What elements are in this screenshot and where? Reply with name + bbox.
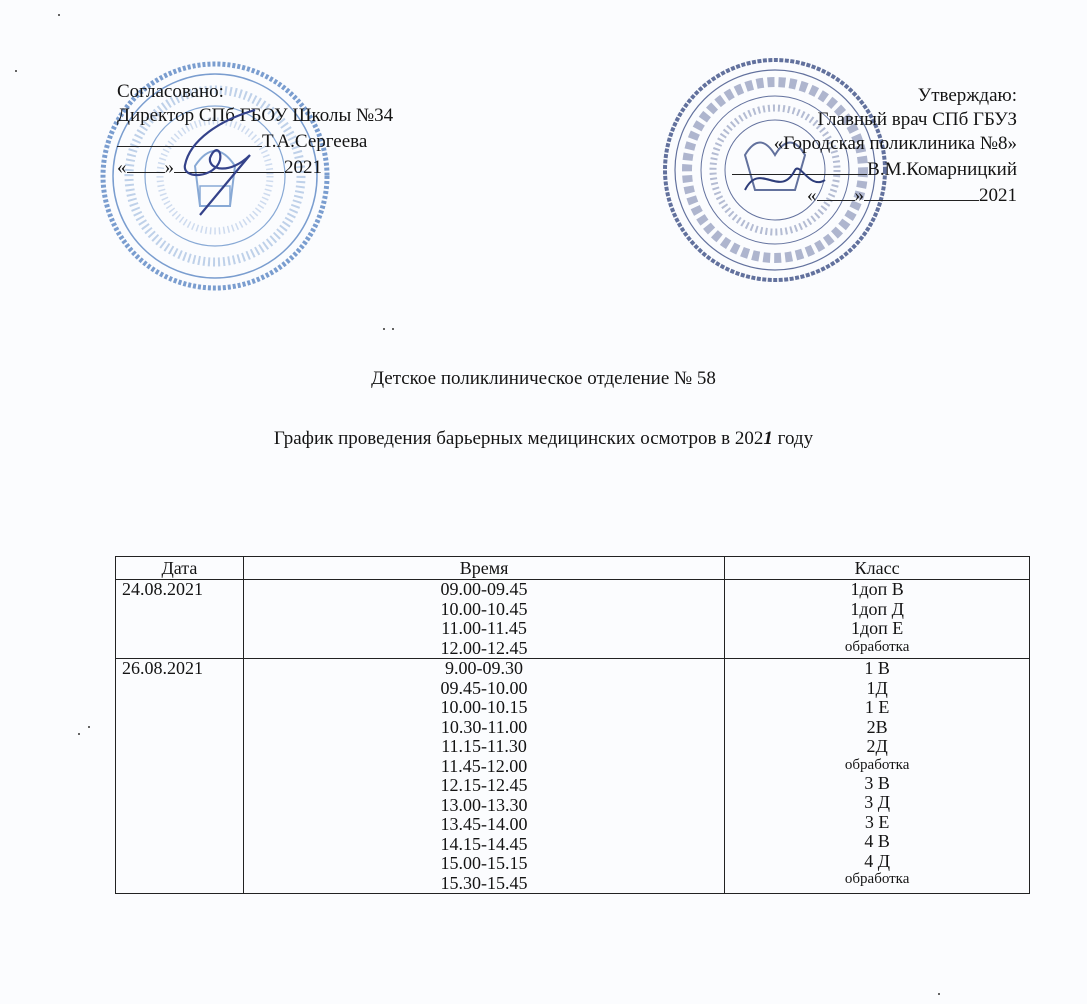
time-slot: 09.00-09.45 xyxy=(244,580,725,600)
cell-times: 09.00-09.4510.00-10.4511.00-11.4512.00-1… xyxy=(243,580,725,659)
scan-speck xyxy=(383,328,385,330)
handwritten-year-correction: 1 xyxy=(763,428,773,449)
header-date: Дата xyxy=(116,557,244,580)
cell-date: 26.08.2021 xyxy=(116,659,244,894)
header-class: Класс xyxy=(725,557,1030,580)
scan-speck xyxy=(938,993,940,995)
table-row: 24.08.202109.00-09.4510.00-10.4511.00-11… xyxy=(116,580,1030,659)
class-name: 3 Е xyxy=(725,813,1029,833)
class-name: 2В xyxy=(725,718,1029,738)
scan-speck xyxy=(15,70,17,72)
scan-speck xyxy=(58,14,60,16)
cell-classes: 1 В1Д1 Е2В2Добработка3 В3 Д3 Е4 В4 Добра… xyxy=(725,659,1030,894)
table-header-row: Дата Время Класс xyxy=(116,557,1030,580)
approval-label: Утверждаю: xyxy=(732,84,1017,108)
class-name: 3 Д xyxy=(725,793,1029,813)
scan-speck xyxy=(392,328,394,330)
time-slot: 10.00-10.45 xyxy=(244,600,725,620)
signatory-name: В.М.Комарницкий xyxy=(867,159,1017,180)
time-slot: 15.00-15.15 xyxy=(244,854,725,874)
class-name: 4 Д xyxy=(725,852,1029,872)
class-name: 1доп Е xyxy=(725,619,1029,639)
time-slot: 10.00-10.15 xyxy=(244,698,725,718)
class-name: 1Д xyxy=(725,679,1029,699)
cell-date: 24.08.2021 xyxy=(116,580,244,659)
department-heading: Детское поликлиническое отделение № 58 xyxy=(0,368,1087,390)
approval-position-line1: Главный врач СПб ГБУЗ xyxy=(732,108,1017,132)
approval-year: 2021 xyxy=(284,157,322,178)
time-slot: 13.00-13.30 xyxy=(244,796,725,816)
time-slot: 12.00-12.45 xyxy=(244,639,725,659)
class-name: 1доп В xyxy=(725,580,1029,600)
scan-speck xyxy=(88,726,90,728)
class-name: 2Д xyxy=(725,737,1029,757)
time-slot: 15.30-15.45 xyxy=(244,874,725,894)
class-name: 4 В xyxy=(725,832,1029,852)
time-slot: 09.45-10.00 xyxy=(244,679,725,699)
time-slot: 12.15-12.45 xyxy=(244,776,725,796)
approval-year: 2021 xyxy=(979,185,1017,206)
time-slot: 14.15-14.45 xyxy=(244,835,725,855)
exam-schedule-table: Дата Время Класс 24.08.202109.00-09.4510… xyxy=(115,556,1030,894)
class-name: 1доп Д xyxy=(725,600,1029,620)
time-slot: 11.00-11.45 xyxy=(244,619,725,639)
director-signature-icon xyxy=(160,100,280,220)
time-slot: 13.45-14.00 xyxy=(244,815,725,835)
time-slot: 9.00-09.30 xyxy=(244,659,725,679)
processing-entry: обработка xyxy=(725,757,1029,774)
header-time: Время xyxy=(243,557,725,580)
table-row: 26.08.20219.00-09.3009.45-10.0010.00-10.… xyxy=(116,659,1030,894)
time-slot: 10.30-11.00 xyxy=(244,718,725,738)
class-name: 3 В xyxy=(725,774,1029,794)
document-title: График проведения барьерных медицинских … xyxy=(0,428,1087,450)
time-slot: 11.15-11.30 xyxy=(244,737,725,757)
processing-entry: обработка xyxy=(725,639,1029,656)
chief-doctor-signature-icon xyxy=(740,150,830,210)
scan-speck xyxy=(78,733,80,735)
class-name: 1 Е xyxy=(725,698,1029,718)
cell-classes: 1доп В1доп Д1доп Еобработка xyxy=(725,580,1030,659)
processing-entry: обработка xyxy=(725,871,1029,888)
class-name: 1 В xyxy=(725,659,1029,679)
cell-times: 9.00-09.3009.45-10.0010.00-10.1510.30-11… xyxy=(243,659,725,894)
time-slot: 11.45-12.00 xyxy=(244,757,725,777)
